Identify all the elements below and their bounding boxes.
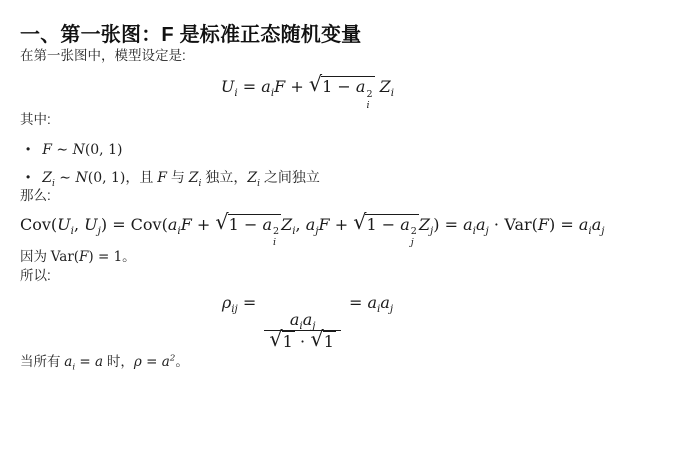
math-token: 1 bbox=[283, 332, 293, 351]
math-token: a2j bbox=[400, 215, 417, 234]
math-token: 独立， bbox=[201, 169, 247, 185]
assumption-list: • F ∼ N(0, 1) • Zi ∼ N(0, 1)，且 F 与 Zi 独立… bbox=[20, 142, 655, 187]
math-token: Var( bbox=[51, 249, 79, 265]
math-token: 。 bbox=[122, 249, 136, 264]
math-token: aj bbox=[303, 310, 316, 329]
math-token: (0, 1) bbox=[85, 142, 123, 158]
math-token: 1 − bbox=[229, 215, 263, 234]
math-token: + bbox=[285, 77, 309, 96]
math-token: ) = 1 bbox=[88, 249, 122, 265]
math-token: ai bbox=[368, 293, 381, 312]
math-token: 1 bbox=[324, 332, 334, 351]
math-token: a2i bbox=[356, 77, 373, 96]
math-token: + bbox=[192, 215, 216, 234]
math-token: Zi bbox=[189, 170, 202, 186]
math-token: Zi bbox=[380, 77, 394, 96]
math-token: ，且 bbox=[125, 169, 157, 185]
document: 一、第一张图：F 是标准正态随机变量 在第一张图中，模型设定是: Ui = ai… bbox=[20, 23, 655, 371]
math-token: aj bbox=[476, 215, 489, 234]
math-token: Zi bbox=[281, 215, 295, 234]
math-token: ⋅ bbox=[295, 332, 311, 351]
math-token: = bbox=[238, 77, 262, 96]
math-token: N bbox=[73, 142, 85, 158]
math-token: 。 bbox=[175, 354, 189, 369]
so-paragraph: 所以: bbox=[20, 267, 655, 285]
math-token: ai bbox=[579, 215, 592, 234]
math-token: Ui bbox=[57, 215, 74, 234]
math-token: ρij bbox=[222, 293, 238, 312]
math-token: a bbox=[95, 354, 103, 370]
math-token: Uj bbox=[84, 215, 101, 234]
math-token: ) = Cov( bbox=[101, 215, 168, 234]
math-token: 因为 bbox=[20, 249, 51, 264]
math-token: = bbox=[238, 293, 262, 312]
math-token: 1 − bbox=[366, 215, 400, 234]
math-token: √1 − a2i bbox=[215, 215, 281, 234]
math-token: ∼ bbox=[55, 170, 76, 186]
math-token: a2 bbox=[162, 354, 176, 370]
math-token: √1 bbox=[269, 332, 294, 351]
math-token: = bbox=[344, 293, 368, 312]
because-paragraph: 因为 Var(F) = 1。 bbox=[20, 248, 655, 266]
math-token: √1 − a2i bbox=[309, 77, 375, 96]
math-token: F bbox=[319, 215, 330, 234]
math-token: ai bbox=[463, 215, 476, 234]
math-token: Zi bbox=[247, 170, 260, 186]
math-token: ai bbox=[168, 215, 181, 234]
math-token: (0, 1) bbox=[88, 170, 126, 186]
math-token: ai bbox=[261, 77, 274, 96]
bullet-icon: • bbox=[26, 170, 30, 184]
then-paragraph: 那么: bbox=[20, 187, 655, 205]
math-token: F bbox=[157, 170, 167, 186]
math-token: Ui bbox=[221, 77, 238, 96]
math-token: = bbox=[142, 354, 162, 370]
math-token: F bbox=[42, 142, 52, 158]
math-token: + bbox=[330, 215, 354, 234]
formula-model: Ui = aiF + √1 − a2i Zi bbox=[20, 77, 595, 110]
math-token: F bbox=[181, 215, 192, 234]
formula-correlation: ρij = aiaj√1 ⋅ √1 = aiaj bbox=[20, 293, 595, 353]
math-token: Zj bbox=[419, 215, 433, 234]
math-token: 时， bbox=[103, 354, 134, 369]
list-item: • F ∼ N(0, 1) bbox=[26, 142, 655, 158]
math-token: , bbox=[296, 215, 306, 234]
intro-paragraph: 在第一张图中，模型设定是: bbox=[20, 47, 655, 65]
math-token: ⋅ Var( bbox=[489, 215, 538, 234]
math-token: , bbox=[74, 215, 84, 234]
math-token: aj bbox=[380, 293, 393, 312]
math-token: F bbox=[274, 77, 285, 96]
list-item: • Zi ∼ N(0, 1)，且 F 与 Zi 独立，Zi 之间独立 bbox=[26, 167, 655, 187]
math-token: √1 − a2j bbox=[353, 215, 419, 234]
math-token: ρ bbox=[134, 354, 142, 370]
page-title: 一、第一张图：F 是标准正态随机变量 bbox=[20, 23, 655, 47]
math-token: 1 − bbox=[322, 77, 356, 96]
closing-paragraph: 当所有 ai = a 时，ρ = a2。 bbox=[20, 353, 655, 371]
math-token: Cov( bbox=[20, 215, 57, 234]
formula-covariance: Cov(Ui, Uj) = Cov(aiF + √1 − a2iZi, ajF … bbox=[20, 215, 595, 248]
math-token: aj bbox=[592, 215, 605, 234]
math-token: √1 bbox=[310, 332, 335, 351]
math-token: F bbox=[538, 215, 549, 234]
math-token bbox=[375, 77, 380, 96]
math-token: 之间独立 bbox=[260, 169, 320, 185]
assumption-factor: F ∼ N(0, 1) bbox=[42, 142, 122, 158]
math-token: ∼ bbox=[52, 142, 73, 158]
math-token: 当所有 bbox=[20, 354, 64, 369]
math-token: aj bbox=[306, 215, 319, 234]
math-token: ai bbox=[290, 310, 303, 329]
math-token: = bbox=[75, 354, 95, 370]
bullet-icon: • bbox=[26, 142, 30, 156]
math-token: Zi bbox=[42, 170, 55, 186]
math-token: ai bbox=[64, 354, 75, 370]
math-token: a2i bbox=[262, 215, 279, 234]
among-paragraph: 其中: bbox=[20, 111, 655, 129]
math-token: aiaj√1 ⋅ √1 bbox=[264, 309, 341, 353]
math-token: 与 bbox=[167, 169, 189, 185]
math-token: ) = bbox=[433, 215, 463, 234]
math-token: N bbox=[76, 170, 88, 186]
math-token: ) = bbox=[549, 215, 579, 234]
assumption-idiosyncratic: Zi ∼ N(0, 1)，且 F 与 Zi 独立，Zi 之间独立 bbox=[42, 167, 320, 187]
